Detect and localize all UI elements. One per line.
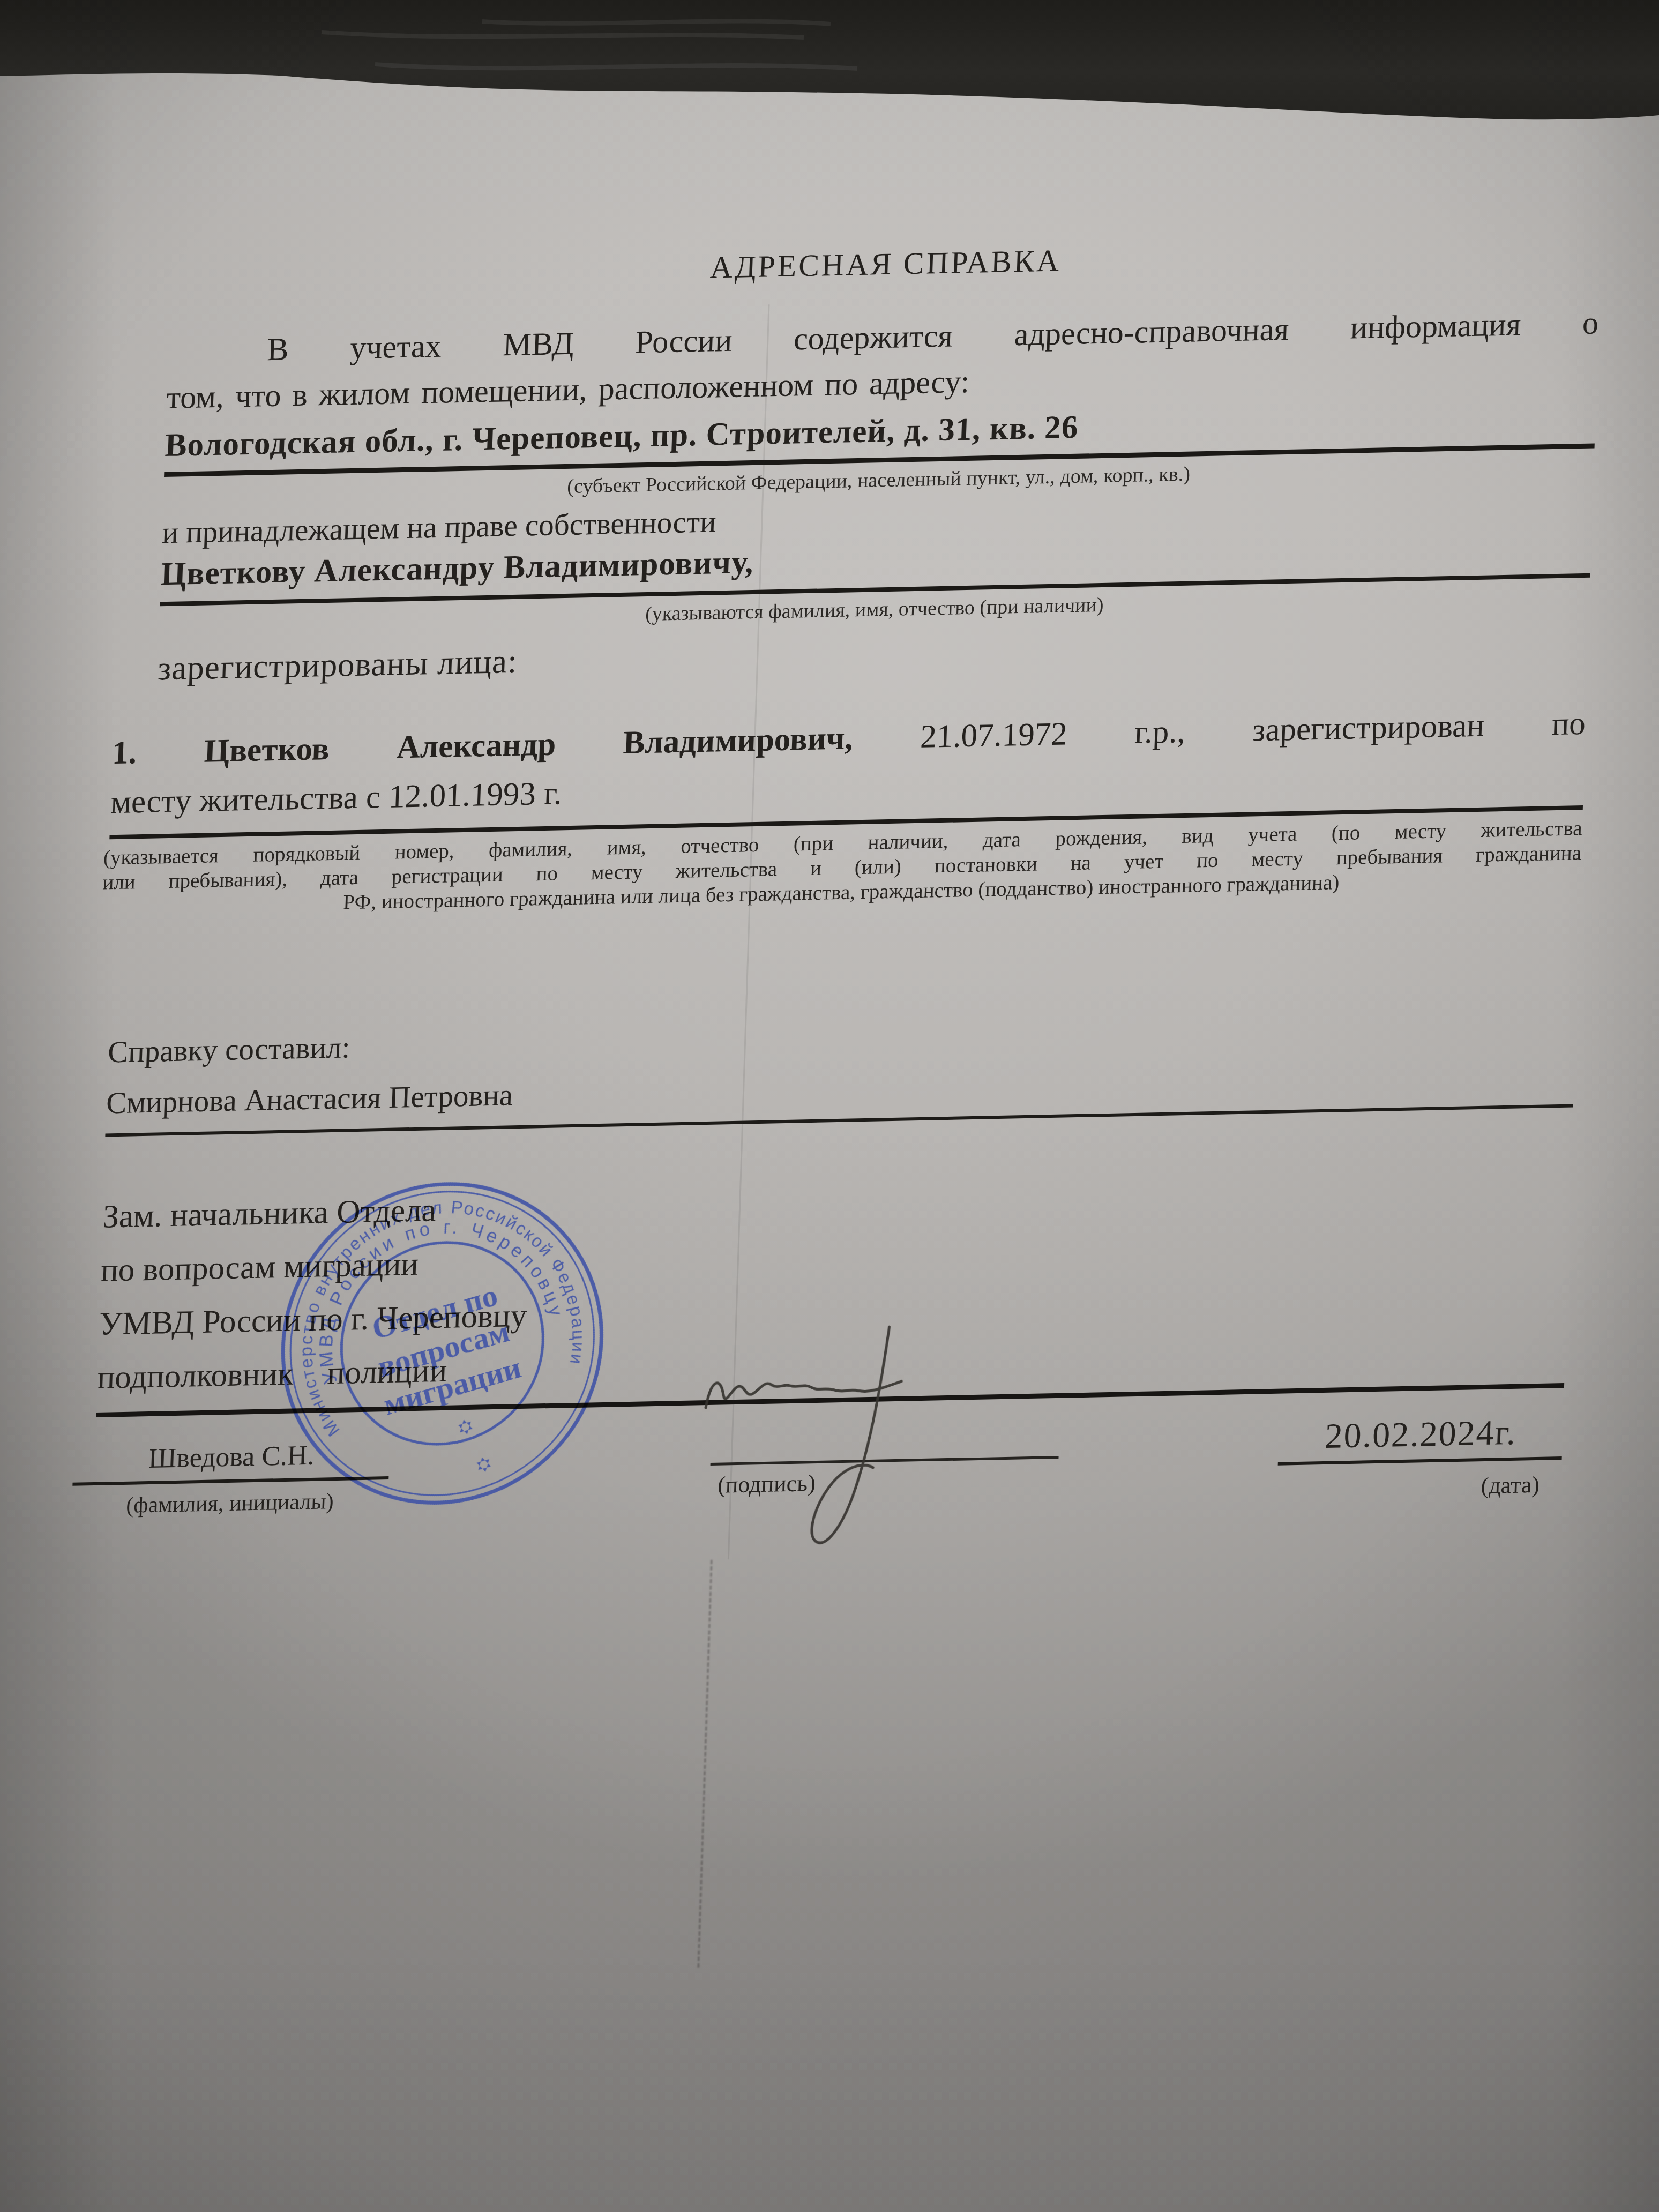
document-title: АДРЕСНАЯ СПРАВКА (170, 231, 1602, 296)
desk-edge (0, 0, 1659, 119)
date-value: 20.02.2024г. (1278, 1411, 1564, 1466)
certificate-content: АДРЕСНАЯ СПРАВКА В учетах МВД России сод… (52, 213, 1602, 2120)
handwritten-signature (691, 1322, 950, 1569)
signature-stroke-waves (706, 1379, 901, 1408)
desk-surface (0, 0, 1659, 150)
star-icon (458, 1418, 474, 1436)
star-icon (476, 1455, 492, 1474)
document-page: АДРЕСНАЯ СПРАВКА В учетах МВД России сод… (0, 0, 1659, 2212)
prepared-by-name: Смирнова Анастасия Петровна (105, 1056, 1575, 1137)
entry-birth-registration: 21.07.1972 г.р., зарегистрирован по (920, 706, 1586, 755)
registered-entry: 1. Цветков Александр Владимирович, 21.07… (109, 699, 1586, 839)
stamp-stars (458, 1415, 492, 1476)
entry-name-bold: 1. Цветков Александр Владимирович, (111, 720, 853, 771)
prepared-by-label: Справку составил: (107, 1005, 1576, 1070)
signature-stroke-loop (811, 1327, 889, 1543)
date-caption: (дата) (1276, 1471, 1540, 1504)
